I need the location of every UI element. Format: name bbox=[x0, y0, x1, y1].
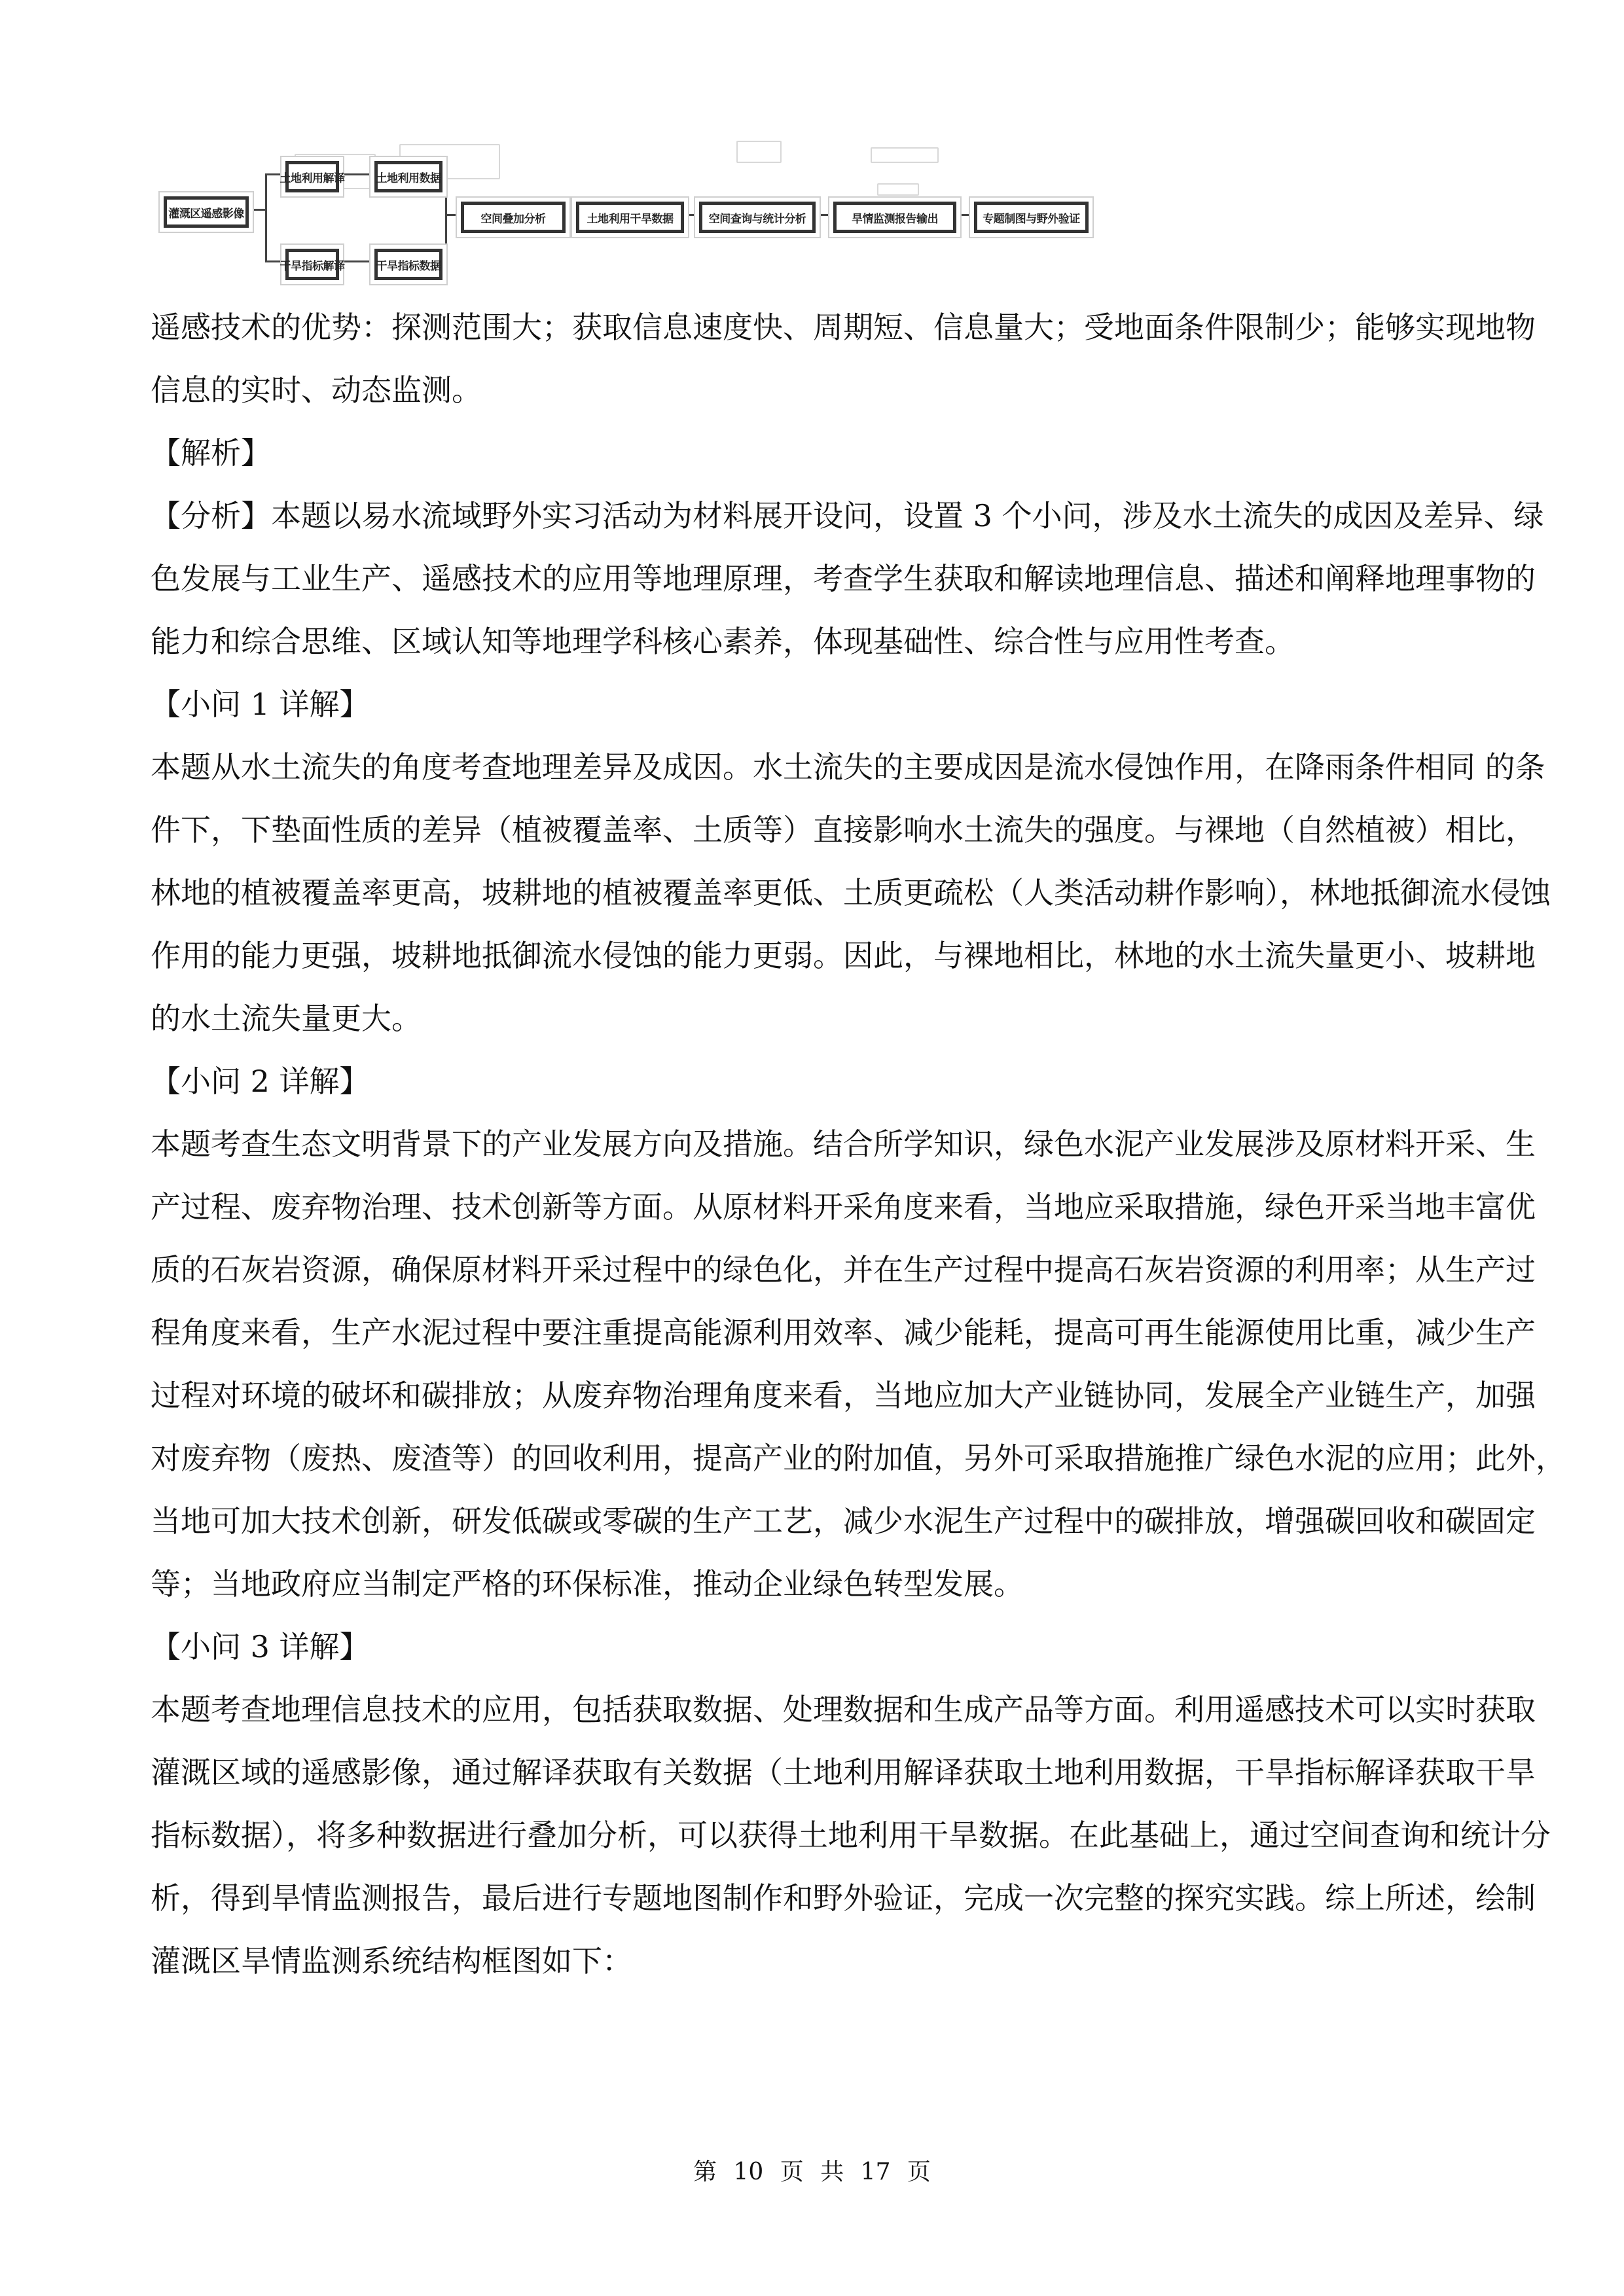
page-number-footer: 第 10 页 共 17 页 bbox=[0, 2153, 1624, 2187]
text-line: 过程对环境的破坏和碳排放；从废弃物治理角度来看，当地应加大产业链协同，发展全产业… bbox=[151, 1364, 1479, 1427]
text-line: 【分析】本题以易水流域野外实习活动为材料展开设问，设置 3 个小问，涉及水土流失… bbox=[151, 484, 1479, 547]
node-land-use-interpretation: 土地利用解译 bbox=[285, 161, 339, 192]
connector bbox=[445, 173, 447, 262]
text-line: 件下，下垫面性质的差异（植被覆盖率、土质等）直接影响水土流失的强度。与裸地（自然… bbox=[151, 798, 1479, 861]
text-line: 本题考查生态文明背景下的产业发展方向及措施。结合所学知识，绿色水泥产业发展涉及原… bbox=[151, 1113, 1479, 1175]
section-heading-q1: 【小问 1 详解】 bbox=[151, 673, 1479, 736]
node-land-use-drought-data: 土地利用干旱数据 bbox=[576, 202, 684, 233]
text-line: 的水土流失量更大。 bbox=[151, 987, 1479, 1050]
section-heading-q2: 【小问 2 详解】 bbox=[151, 1050, 1479, 1113]
node-report-output: 旱情监测报告输出 bbox=[833, 202, 956, 233]
text-line: 能力和综合思维、区域认知等地理学科核心素养，体现基础性、综合性与应用性考查。 bbox=[151, 610, 1479, 673]
text-line: 等；当地政府应当制定严格的环保标准，推动企业绿色转型发展。 bbox=[151, 1552, 1479, 1615]
node-land-use-data: 土地利用数据 bbox=[374, 161, 442, 192]
drought-monitoring-flowchart: 灌溉区遥感影像 土地利用解译 干旱指标解译 土地利用数据 干旱指标数据 空间叠加… bbox=[151, 137, 1283, 281]
text-line: 林地的植被覆盖率更高，坡耕地的植被覆盖率更低、土质更疏松（人类活动耕作影响），林… bbox=[151, 861, 1479, 924]
diagram-artifact bbox=[877, 183, 919, 196]
connector bbox=[265, 173, 267, 262]
connector bbox=[445, 214, 460, 216]
text-line: 析，得到旱情监测报告，最后进行专题地图制作和野外验证，完成一次完整的探究实践。综… bbox=[151, 1867, 1479, 1929]
advantages-paragraph: 遥感技术的优势：探测范围大；获取信息速度快、周期短、信息量大；受地面条件限制少；… bbox=[151, 296, 1479, 422]
text-line: 当地可加大技术创新，研发低碳或零碳的生产工艺，减少水泥生产过程中的碳排放，增强碳… bbox=[151, 1490, 1479, 1552]
text-line: 灌溉区旱情监测系统结构框图如下： bbox=[151, 1929, 1479, 1992]
text-line: 遥感技术的优势：探测范围大；获取信息速度快、周期短、信息量大；受地面条件限制少；… bbox=[151, 296, 1479, 359]
document-page: 灌溉区遥感影像 土地利用解译 干旱指标解译 土地利用数据 干旱指标数据 空间叠加… bbox=[0, 0, 1624, 2296]
node-mapping-validation: 专题制图与野外验证 bbox=[974, 202, 1089, 233]
text-line: 产过程、废弃物治理、技术创新等方面。从原材料开采角度来看，当地应采取措施，绿色开… bbox=[151, 1175, 1479, 1238]
node-drought-index-data: 干旱指标数据 bbox=[374, 249, 442, 280]
node-source-imagery: 灌溉区遥感影像 bbox=[164, 196, 249, 228]
text-line: 作用的能力更强，坡耕地抵御流水侵蚀的能力更弱。因此，与裸地相比，林地的水土流失量… bbox=[151, 924, 1479, 987]
analysis-section: 【解析】 【分析】本题以易水流域野外实习活动为材料展开设问，设置 3 个小问，涉… bbox=[151, 422, 1479, 673]
text-line: 对废弃物（废热、废渣等）的回收利用，提高产业的附加值，另外可采取措施推广绿色水泥… bbox=[151, 1427, 1479, 1490]
connector bbox=[247, 209, 266, 211]
text-line: 色发展与工业生产、遥感技术的应用等地理原理，考查学生获取和解读地理信息、描述和阐… bbox=[151, 547, 1479, 610]
diagram-artifact bbox=[736, 141, 782, 163]
section-heading-q3: 【小问 3 详解】 bbox=[151, 1615, 1479, 1678]
node-spatial-overlay: 空间叠加分析 bbox=[461, 202, 566, 233]
text-line: 灌溉区域的遥感影像，通过解译获取有关数据（土地利用解译获取土地利用数据，干旱指标… bbox=[151, 1741, 1479, 1804]
text-line: 指标数据），将多种数据进行叠加分析，可以获得土地利用干旱数据。在此基础上，通过空… bbox=[151, 1804, 1479, 1867]
node-drought-index-interpretation: 干旱指标解译 bbox=[285, 249, 339, 280]
text-line: 质的石灰岩资源，确保原材料开采过程中的绿色化，并在生产过程中提高石灰岩资源的利用… bbox=[151, 1238, 1479, 1301]
q2-section: 【小问 2 详解】 本题考查生态文明背景下的产业发展方向及措施。结合所学知识，绿… bbox=[151, 1050, 1479, 1615]
node-spatial-query-stats: 空间查询与统计分析 bbox=[699, 202, 816, 233]
text-line: 程角度来看，生产水泥过程中要注重提高能源利用效率、减少能耗，提高可再生能源使用比… bbox=[151, 1301, 1479, 1364]
text-line: 信息的实时、动态监测。 bbox=[151, 359, 1479, 422]
diagram-artifact bbox=[871, 147, 939, 163]
q1-section: 【小问 1 详解】 本题从水土流失的角度考查地理差异及成因。水土流失的主要成因是… bbox=[151, 673, 1479, 1050]
q3-section: 【小问 3 详解】 本题考查地理信息技术的应用，包括获取数据、处理数据和生成产品… bbox=[151, 1615, 1479, 1992]
section-heading-analysis: 【解析】 bbox=[151, 422, 1479, 484]
text-line: 本题考查地理信息技术的应用，包括获取数据、处理数据和生成产品等方面。利用遥感技术… bbox=[151, 1678, 1479, 1741]
text-line: 本题从水土流失的角度考查地理差异及成因。水土流失的主要成因是流水侵蚀作用，在降雨… bbox=[151, 736, 1479, 798]
